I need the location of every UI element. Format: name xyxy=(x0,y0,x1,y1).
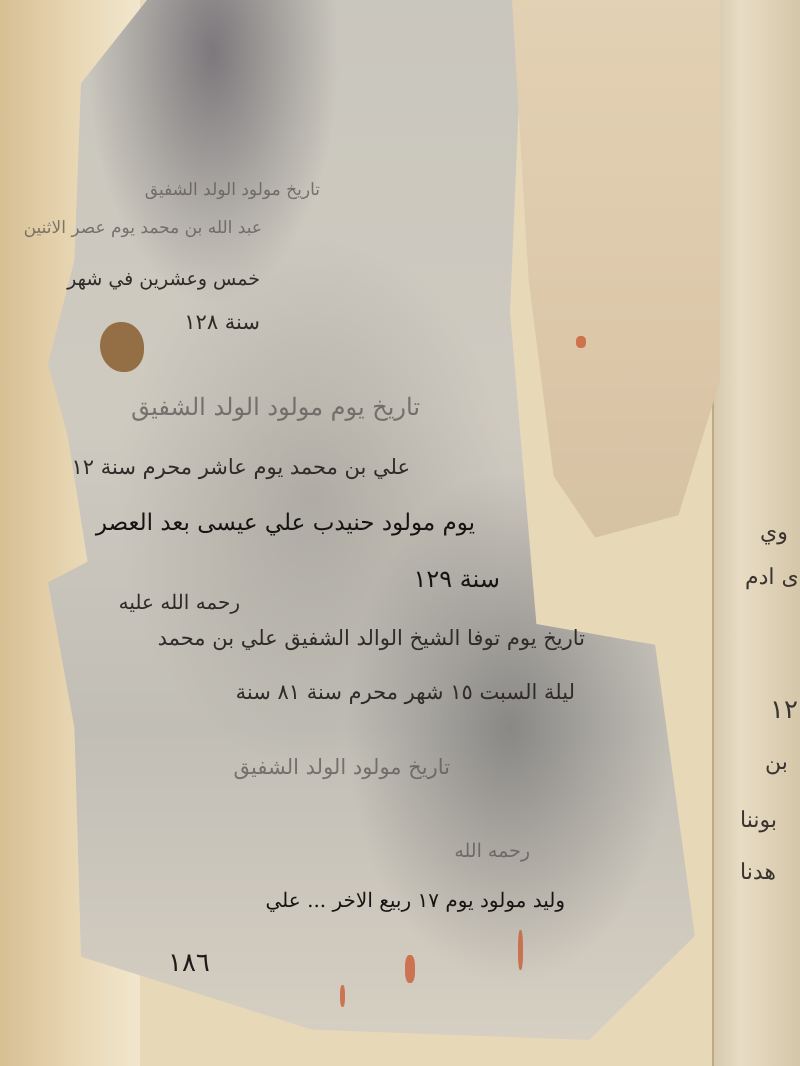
margin-fragment: ١٢ xyxy=(770,695,798,725)
entry-line: علي بن محمد يوم عاشر محرم سنة ١٢ xyxy=(72,455,410,479)
brown-stain xyxy=(100,322,144,372)
entry-line: رحمه الله عليه xyxy=(119,590,240,614)
entry-line: تاريخ يوم مولود الولد الشفيق xyxy=(131,393,420,421)
entry-line: وليد مولود يوم ١٧ ربيع الاخر ... علي xyxy=(266,888,566,912)
margin-fragment: بن xyxy=(765,750,788,775)
margin-fragment: بوننا xyxy=(740,808,777,833)
entry-line: تاريخ مولود الولد الشفيق xyxy=(145,180,320,200)
red-stain xyxy=(576,336,586,348)
page-number: ١٨٦ xyxy=(168,948,210,978)
red-stain xyxy=(340,985,345,1007)
margin-fragment: هدنا xyxy=(740,860,776,885)
red-stain xyxy=(405,955,415,983)
torn-paper-flap xyxy=(512,0,720,560)
entry-line: ليلة السبت ١٥ شهر محرم سنة ٨١ سنة xyxy=(236,680,575,704)
entry-line: عبد الله بن محمد يوم عصر الاثنين xyxy=(24,218,262,238)
entry-line: سنة ١٢٩ xyxy=(413,565,500,593)
red-stain xyxy=(518,930,523,970)
margin-fragment: وي xyxy=(760,520,788,545)
entry-line: رحمه الله xyxy=(454,840,530,862)
entry-line: سنة ١٢٨ xyxy=(184,310,260,334)
entry-line: يوم مولود حنيدب علي عيسى بعد العصر xyxy=(96,510,475,536)
entry-line: تاريخ يوم توفا الشيخ الوالد الشفيق علي ب… xyxy=(158,626,585,650)
margin-fragment: ى ادم xyxy=(745,565,799,590)
entry-line: خمس وعشرين في شهر xyxy=(67,268,260,290)
entry-line: تاريخ مولود الولد الشفيق xyxy=(234,755,450,779)
